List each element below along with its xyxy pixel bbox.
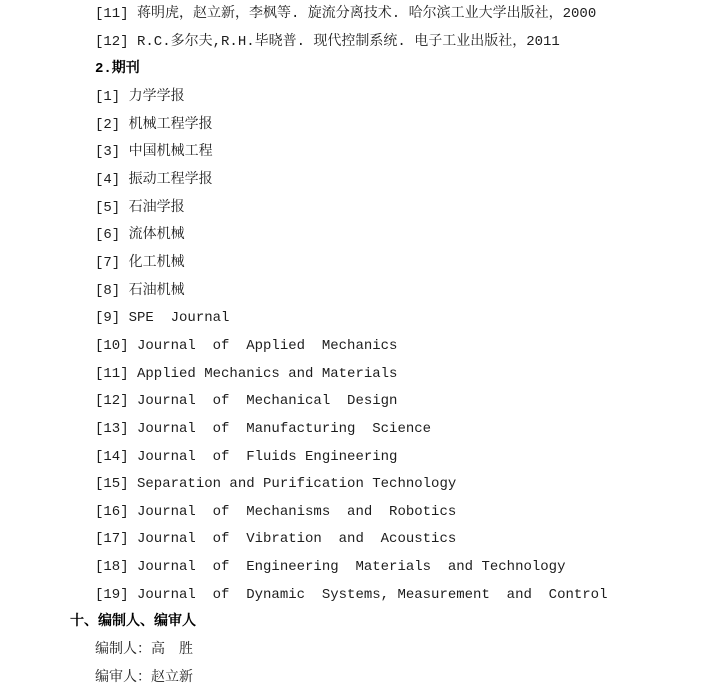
journal-reference: [8] 石油机械 (70, 278, 711, 306)
journal-reference: [14] Journal of Fluids Engineering (70, 444, 711, 472)
journal-reference: [4] 振动工程学报 (70, 167, 711, 195)
journal-reference: [19] Journal of Dynamic Systems, Measure… (70, 582, 711, 610)
journal-reference: [6] 流体机械 (70, 222, 711, 250)
book-reference: [12] R.C.多尔夫,R.H.毕晓普. 现代控制系统. 电子工业出版社，20… (70, 29, 711, 57)
journal-reference: [16] Journal of Mechanisms and Robotics (70, 499, 711, 527)
book-reference: [11] 蒋明虎，赵立新，李枫等. 旋流分离技术. 哈尔滨工业大学出版社，200… (70, 1, 711, 29)
journal-reference: [18] Journal of Engineering Materials an… (70, 554, 711, 582)
journal-reference: [10] Journal of Applied Mechanics (70, 333, 711, 361)
editor-line: 编审人：赵立新 (70, 665, 711, 691)
journal-reference: [11] Applied Mechanics and Materials (70, 361, 711, 389)
journal-reference: [7] 化工机械 (70, 250, 711, 278)
journal-reference: [13] Journal of Manufacturing Science (70, 416, 711, 444)
journal-reference: [3] 中国机械工程 (70, 139, 711, 167)
document-body: [11] 蒋明虎，赵立新，李枫等. 旋流分离技术. 哈尔滨工业大学出版社，200… (0, 0, 711, 691)
journal-reference: [2] 机械工程学报 (70, 112, 711, 140)
journal-reference: [9] SPE Journal (70, 305, 711, 333)
journal-reference: [1] 力学学报 (70, 84, 711, 112)
editor-line: 编制人：高 胜 (70, 637, 711, 665)
journal-reference: [17] Journal of Vibration and Acoustics (70, 526, 711, 554)
journal-section-heading: 2.期刊 (70, 56, 711, 84)
document-page: [11] 蒋明虎，赵立新，李枫等. 旋流分离技术. 哈尔滨工业大学出版社，200… (0, 0, 711, 691)
journal-reference: [15] Separation and Purification Technol… (70, 471, 711, 499)
journal-reference: [5] 石油学报 (70, 195, 711, 223)
editors-section-heading: 十、编制人、编审人 (70, 609, 711, 637)
journal-reference: [12] Journal of Mechanical Design (70, 388, 711, 416)
